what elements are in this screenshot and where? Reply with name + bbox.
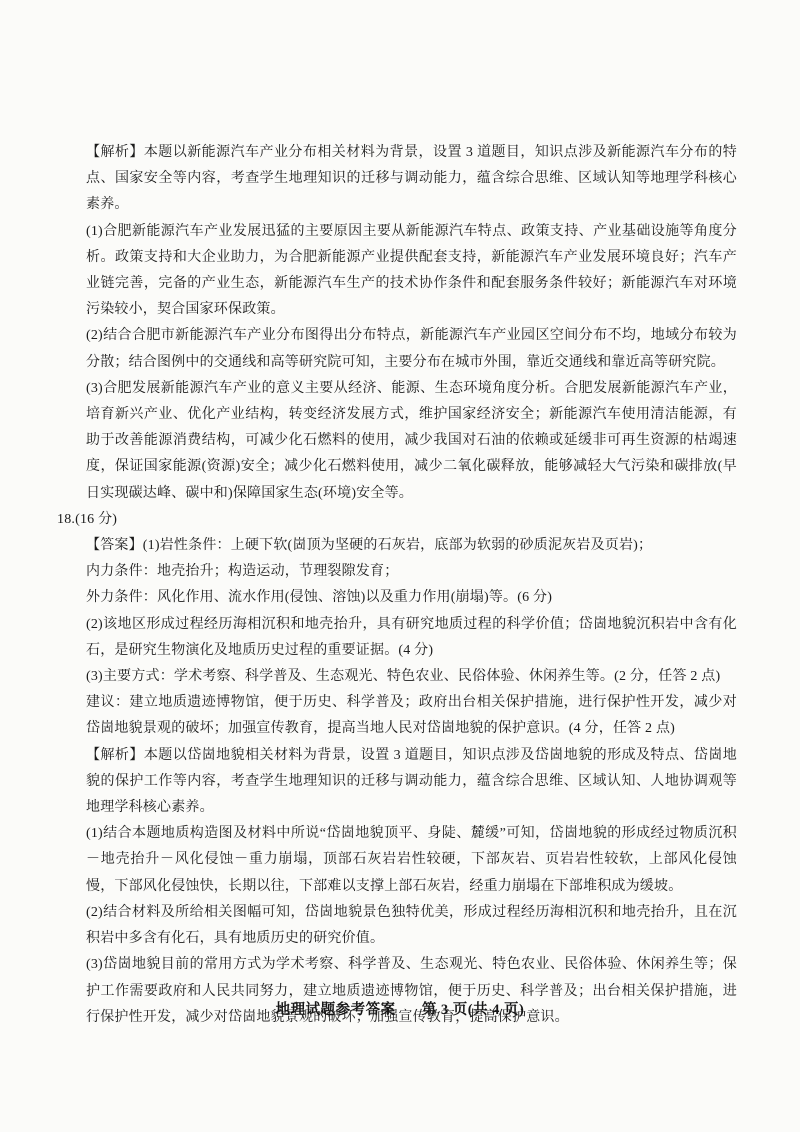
footer-title: 地理试题参考答案 (276, 1002, 396, 1018)
analysis-paragraph: (2)结合合肥市新能源汽车产业分布图得出分布特点，新能源汽车产业园区空间分布不均… (86, 323, 737, 375)
question-score: (16 分) (75, 512, 117, 527)
answer-paragraph: 内力条件：地壳抬升；构造运动，节理裂隙发育； (86, 559, 737, 585)
analysis-paragraph: (1)合肥新能源汽车产业发展迅猛的主要原因主要从新能源汽车特点、政策支持、产业基… (86, 219, 737, 324)
analysis-paragraph: (1)结合本题地质构造图及材料中所说“岱崮地貌顶平、身陡、麓缓”可知，岱崮地貌的… (86, 821, 737, 900)
analysis-paragraph: (2)结合材料及所给相关图幅可知，岱崮地貌景色独特优美，形成过程经历海相沉积和地… (86, 900, 737, 952)
analysis-paragraph: (3)合肥发展新能源汽车产业的意义主要从经济、能源、生态环境角度分析。合肥发展新… (86, 376, 737, 507)
analysis-paragraph: 【解析】本题以岱崮地貌相关材料为背景，设置 3 道题目，知识点涉及岱崮地貌的形成… (86, 743, 737, 822)
answer-paragraph: 建议：建立地质遗迹博物馆，便于历史、科学普及；政府出台相关保护措施，进行保护性开… (86, 690, 737, 742)
answer-paragraph: (2)该地区形成过程经历海相沉积和地壳抬升，具有研究地质过程的科学价值；岱崮地貌… (86, 612, 737, 664)
page-footer: 地理试题参考答案 第 3 页(共 4 页) (0, 998, 800, 1019)
question-heading: 18.(16 分) (57, 507, 737, 533)
answer-document: 【解析】本题以新能源汽车产业分布相关材料为背景，设置 3 道题目，知识点涉及新能… (86, 140, 737, 1031)
answer-paragraph: 【答案】(1)岩性条件：上硬下软(崮顶为坚硬的石灰岩，底部为软弱的砂质泥灰岩及页… (86, 533, 737, 559)
question-number: 18. (57, 512, 75, 527)
analysis-paragraph: 【解析】本题以新能源汽车产业分布相关材料为背景，设置 3 道题目，知识点涉及新能… (86, 140, 737, 219)
question-17-analysis-section: 【解析】本题以新能源汽车产业分布相关材料为背景，设置 3 道题目，知识点涉及新能… (86, 140, 737, 507)
answer-paragraph: (3)主要方式：学术考察、科学普及、生态观光、特色农业、民俗体验、休闲养生等。(… (86, 664, 737, 690)
page: 【解析】本题以新能源汽车产业分布相关材料为背景，设置 3 道题目，知识点涉及新能… (0, 0, 800, 1132)
question-18-section: 18.(16 分) 【答案】(1)岩性条件：上硬下软(崮顶为坚硬的石灰岩，底部为… (86, 507, 737, 1031)
footer-page-number: 第 3 页(共 4 页) (422, 1002, 525, 1018)
analysis-paragraph: (3)岱崮地貌目前的常用方式为学术考察、科学普及、生态观光、特色农业、民俗体验、… (86, 952, 737, 1031)
answer-paragraph: 外力条件：风化作用、流水作用(侵蚀、溶蚀)以及重力作用(崩塌)等。(6 分) (86, 585, 737, 611)
